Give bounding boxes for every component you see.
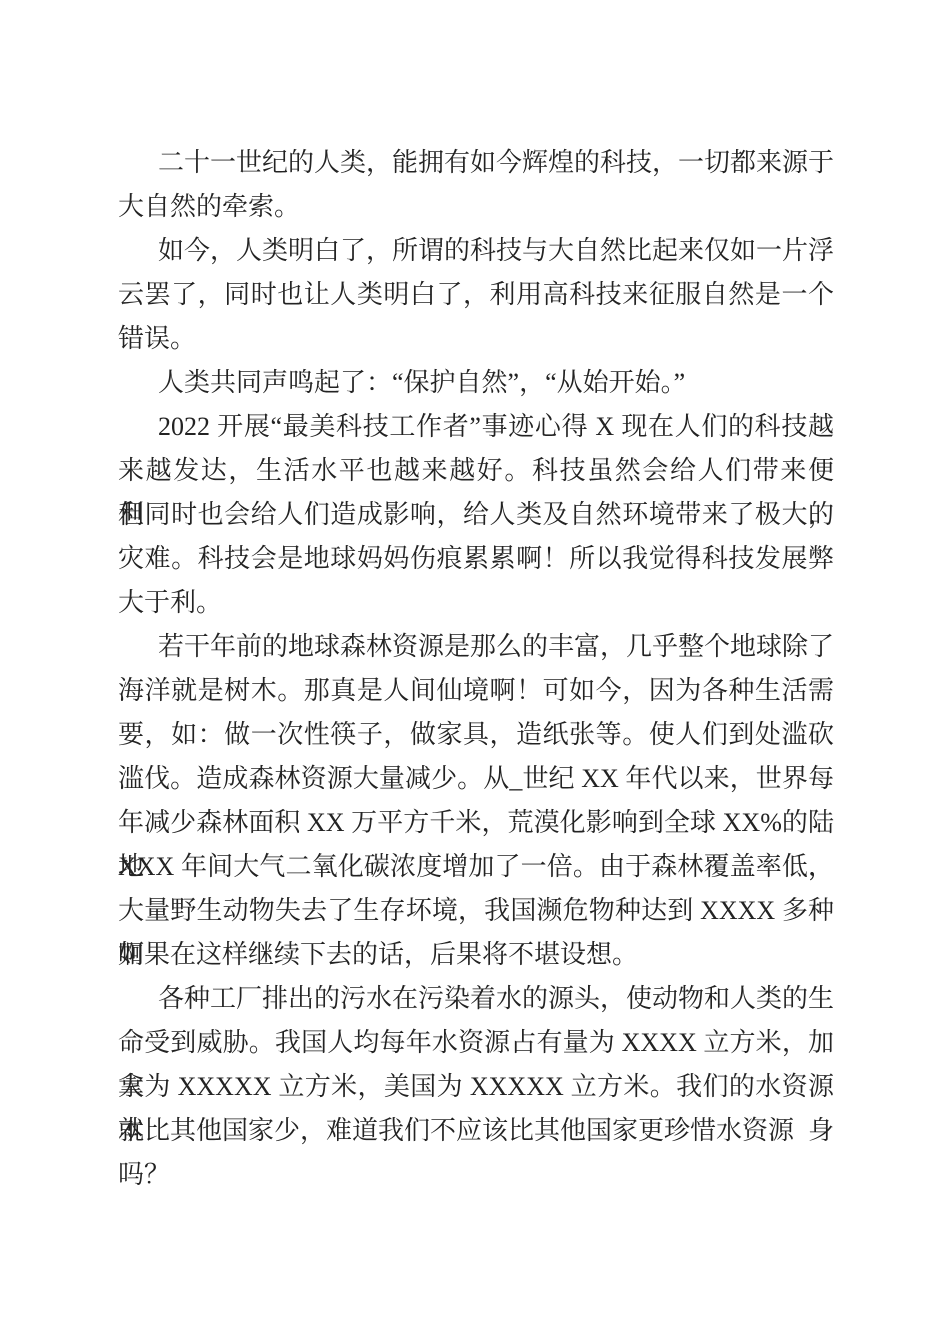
document-page: 二十一世纪的人类，能拥有如今辉煌的科技，一切都来源于大自然的牵索。如今，人类明白… [0,0,950,1344]
text-line: 但同时也会给人们造成影响，给人类及自然环境带来了极大的 [118,493,834,537]
text-line: 若干年前的地球森林资源是那么的丰富，几乎整个地球除了 [118,625,834,669]
text-line: 就比其他国家少，难道我们不应该比其他国家更珍惜水资源吗？ [118,1109,834,1153]
text-line: 大量野生动物失去了生存坏境，我国濒危物种达到 XXXX 多种啊 [118,889,834,933]
text-line: 2022 开展“最美科技工作者”事迹心得 X 现在人们的科技越 [118,405,834,449]
text-line: 各种工厂排出的污水在污染着水的源头，使动物和人类的生 [118,977,834,1021]
document-body: 二十一世纪的人类，能拥有如今辉煌的科技，一切都来源于大自然的牵索。如今，人类明白… [118,141,834,1153]
text-line: 大为 XXXXX 立方米，美国为 XXXXX 立方米。我们的水资源本身 [118,1065,834,1109]
text-line: 要，如：做一次性筷子，做家具，造纸张等。使人们到处滥砍 [118,713,834,757]
text-line: 云罢了，同时也让人类明白了，利用高科技来征服自然是一个 [118,273,834,317]
text-line: 错误。 [118,317,834,361]
text-line: 命受到威胁。我国人均每年水资源占有量为 XXXX 立方米，加拿 [118,1021,834,1065]
text-line: 来越发达，生活水平也越来越好。科技虽然会给人们带来便利， [118,449,834,493]
text-line: 大于利。 [118,581,834,625]
text-line: 海洋就是树木。那真是人间仙境啊！可如今，因为各种生活需 [118,669,834,713]
text-line: 滥伐。造成森林资源大量减少。从_世纪 XX 年代以来，世界每 [118,757,834,801]
text-line: 人类共同声鸣起了：“保护自然”，“从始开始。” [118,361,834,405]
text-line: 如果在这样继续下去的话，后果将不堪设想。 [118,933,834,977]
text-line: 如今，人类明白了，所谓的科技与大自然比起来仅如一片浮 [118,229,834,273]
text-line: 二十一世纪的人类，能拥有如今辉煌的科技，一切都来源于 [118,141,834,185]
text-line: 大自然的牵索。 [118,185,834,229]
text-line: 年减少森林面积 XX 万平方千米，荒漠化影响到全球 XX%的陆地， [118,801,834,845]
text-line: XXX 年间大气二氧化碳浓度增加了一倍。由于森林覆盖率低， [118,845,834,889]
text-line: 灾难。科技会是地球妈妈伤痕累累啊！所以我觉得科技发展弊 [118,537,834,581]
